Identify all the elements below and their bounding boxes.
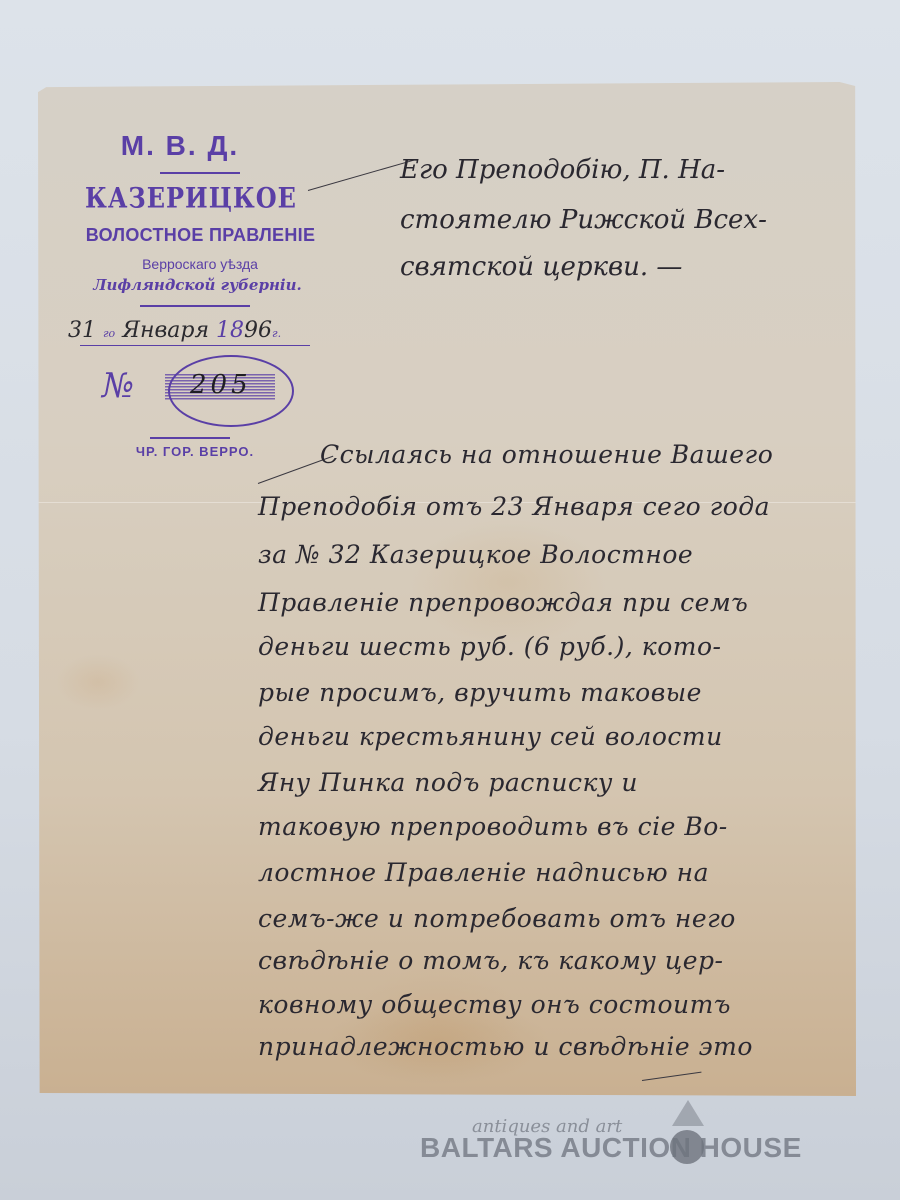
stamp-province: Лифляндской губерніи. [85,276,310,294]
body-line: Яну Пинка подъ расписку и [258,768,638,797]
addressee-line: святской церкви. — [400,252,682,282]
stamp-office: КАЗЕРИЦКОЕ [85,181,295,214]
outgoing-number: 205 [190,370,252,400]
body-line: Ссылаясь на отношение Вашего [320,440,773,469]
body-line: деньги шесть руб. (6 руб.), кото- [258,632,721,661]
body-line: деньги крестьянину сей волости [258,722,723,751]
date-year-suffix: г. [272,327,281,340]
crown-icon [672,1100,704,1126]
stamp-district: Верроскаго уѣзда [100,256,300,272]
stamp-administration: ВОЛОСТНОЕ ПРАВЛЕНІЕ [78,225,323,246]
date-underline [80,345,310,346]
number-sign: № [102,366,134,406]
body-line: Правленіе препровождая при семъ [258,588,748,617]
addressee-line: Его Преподобію, П. На- [400,155,725,185]
body-line: ковному обществу онъ состоитъ [258,990,731,1019]
body-line: таковую препроводить въ сіе Во- [258,812,728,841]
date-month: Января [122,318,209,343]
date-day: 31 [68,318,96,343]
stamp-divider [150,437,230,439]
date-year-written: 96 [244,318,272,343]
stamp-divider [140,305,250,307]
body-line: лостное Правленіе надписью на [258,858,709,887]
date-year-prefix: 18 [216,318,244,343]
body-line: принадлежностью и свѣдѣніе это [258,1032,753,1061]
body-line: свѣдѣніе о томъ, къ какому цер- [258,946,723,975]
stamp-date: 31 го Января 1896г. [68,318,298,343]
addressee-line: стоятелю Рижской Всех- [400,205,767,235]
body-line: Преподобія отъ 23 Января сего года [258,492,770,521]
body-line: за № 32 Казерицкое Волостное [258,540,693,569]
body-line: семъ-же и потребовать отъ него [258,904,736,933]
date-suffix: го [103,327,115,340]
stamp-postal: ЧР. ГОР. ВЕРРО. [95,444,295,459]
watermark-name: BALTARS AUCTION HOUSE [420,1132,802,1164]
stamp-ministry: М. В. Д. [100,130,260,162]
stamp-divider [160,172,240,174]
body-line: рые просимъ, вручить таковые [258,678,702,707]
